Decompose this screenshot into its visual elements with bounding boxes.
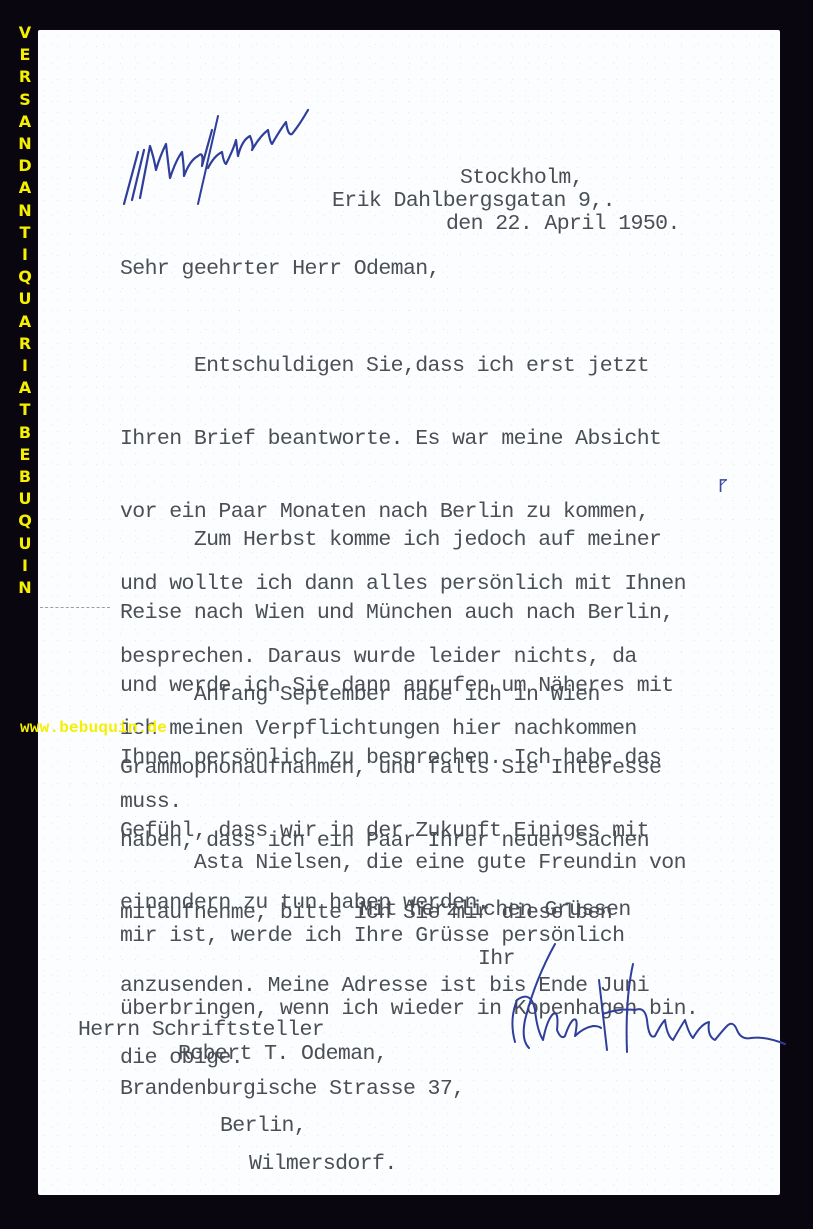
- recipient-district: Wilmersdorf.: [249, 1152, 397, 1176]
- salutation: Sehr geehrter Herr Odeman,: [120, 257, 440, 281]
- signature: [495, 940, 790, 1060]
- letter-date: den 22. April 1950.: [446, 212, 680, 236]
- recipient-name: Robert T. Odeman,: [178, 1042, 387, 1066]
- recipient-street: Brandenburgische Strasse 37,: [120, 1077, 464, 1101]
- sender-street: Erik Dahlbergsgatan 9,.: [332, 189, 615, 213]
- fold-mark: [40, 607, 110, 609]
- sender-city: Stockholm,: [460, 166, 583, 190]
- recipient-title: Herrn Schriftsteller: [78, 1018, 324, 1042]
- handwritten-correction-mark: ⹍: [718, 474, 727, 498]
- letterhead-signature: [118, 100, 318, 210]
- closing: Mit herzlichen Grüssen: [360, 898, 631, 922]
- side-banner: VERSAND ANTIQUARIAT BEBUQUIN: [17, 22, 33, 599]
- watermark-url: www.bebuquin.de: [20, 719, 167, 737]
- recipient-city: Berlin,: [220, 1114, 306, 1138]
